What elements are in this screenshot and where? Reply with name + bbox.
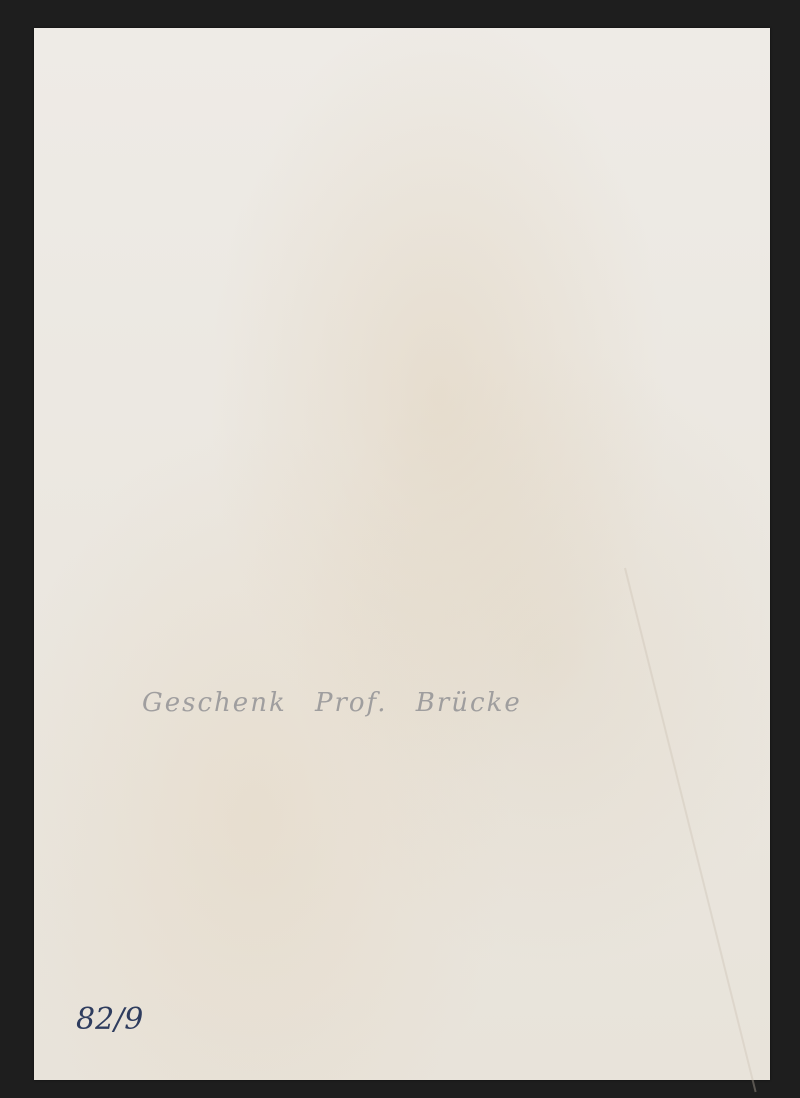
inventory-number: 82/9: [76, 1002, 143, 1037]
paper-fold-crease: [624, 568, 757, 1092]
pencil-inscription: Geschenk Prof. Brücke: [142, 688, 522, 718]
paper-sheet: [34, 28, 770, 1080]
